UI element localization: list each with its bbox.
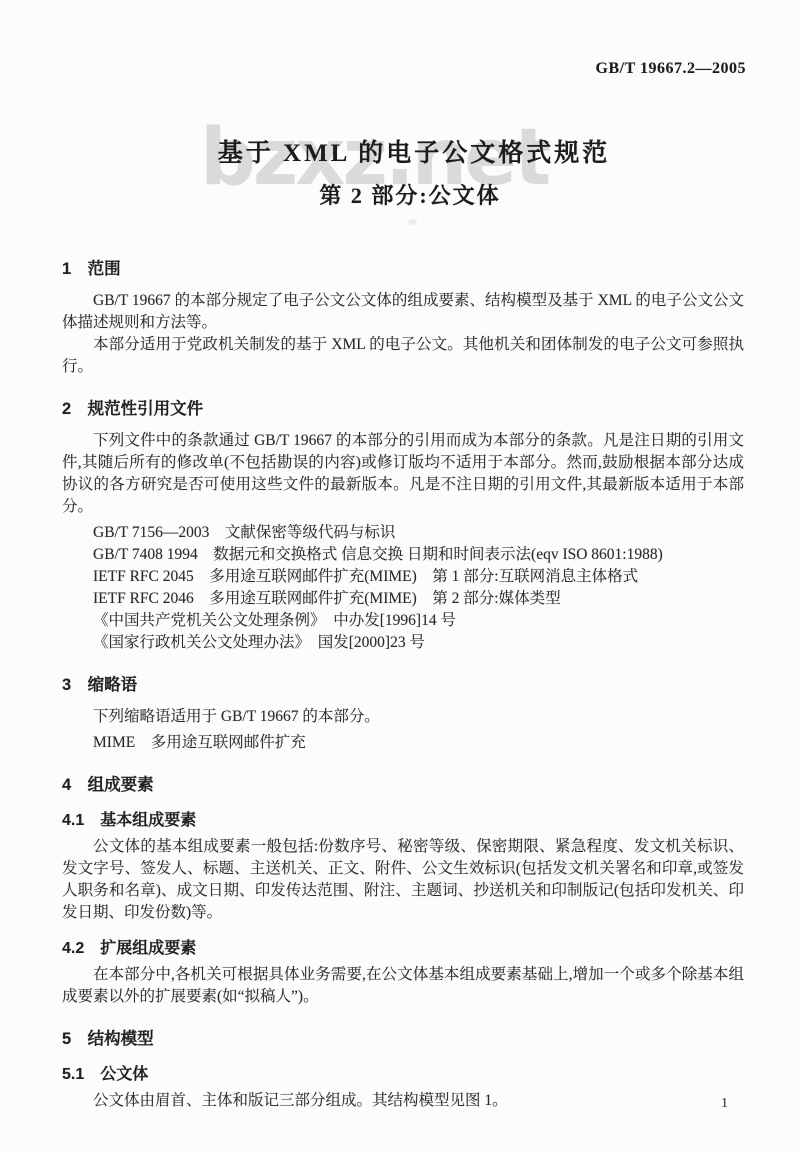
- paragraph: 下列文件中的条款通过 GB/T 19667 的本部分的引用而成为本部分的条款。凡…: [62, 430, 744, 518]
- reference-item: IETF RFC 2046 多用途互联网邮件扩充(MIME) 第 2 部分:媒体…: [62, 588, 744, 610]
- title-line-1: 基于 XML 的电子公文格式规范: [0, 133, 800, 169]
- title-line-2: 第 2 部分:公文体: [0, 179, 800, 210]
- section-heading: 2 规范性引用文件: [62, 398, 744, 420]
- document-page: GB/T 19667.2—2005 bzxz.net 基于 XML 的电子公文格…: [0, 0, 800, 1152]
- subsection-heading: 5.1 公文体: [62, 1064, 744, 1086]
- paragraph: 公文体由眉首、主体和版记三部分组成。其结构模型见图 1。: [62, 1090, 744, 1112]
- standard-code-header: GB/T 19667.2—2005: [596, 60, 746, 78]
- subsection-heading: 4.1 基本组成要素: [62, 810, 744, 832]
- reference-item: GB/T 7408 1994 数据元和交换格式 信息交换 日期和时间表示法(eq…: [62, 544, 744, 566]
- paragraph: 公文体的基本组成要素一般包括:份数序号、秘密等级、保密期限、紧急程度、发文机关标…: [62, 836, 744, 924]
- document-body: 1 范围GB/T 19667 的本部分规定了电子公文公文体的组成要素、结构模型及…: [62, 246, 744, 1112]
- paragraph: 下列缩略语适用于 GB/T 19667 的本部分。: [62, 706, 744, 728]
- reference-item: GB/T 7156—2003 文献保密等级代码与标识: [62, 522, 744, 544]
- paragraph: 在本部分中,各机关可根据具体业务需要,在公文体基本组成要素基础上,增加一个或多个…: [62, 964, 744, 1008]
- paragraph: 本部分适用于党政机关制发的基于 XML 的电子公文。其他机关和团体制发的电子公文…: [62, 334, 744, 378]
- section-heading: 3 缩略语: [62, 674, 744, 696]
- section-heading: 1 范围: [62, 258, 744, 280]
- section-heading: 5 结构模型: [62, 1028, 744, 1050]
- section-heading: 4 组成要素: [62, 774, 744, 796]
- reference-item: MIME 多用途互联网邮件扩充: [62, 732, 744, 754]
- subsection-heading: 4.2 扩展组成要素: [62, 938, 744, 960]
- paragraph: GB/T 19667 的本部分规定了电子公文公文体的组成要素、结构模型及基于 X…: [62, 290, 744, 334]
- scan-speck: [408, 219, 417, 225]
- reference-item: IETF RFC 2045 多用途互联网邮件扩充(MIME) 第 1 部分:互联…: [62, 566, 744, 588]
- document-title: 基于 XML 的电子公文格式规范 第 2 部分:公文体: [0, 133, 800, 210]
- reference-item: 《中国共产党机关公文处理条例》 中办发[1996]14 号: [62, 610, 744, 632]
- reference-item: 《国家行政机关公文处理办法》 国发[2000]23 号: [62, 632, 744, 654]
- page-number: 1: [721, 1096, 728, 1112]
